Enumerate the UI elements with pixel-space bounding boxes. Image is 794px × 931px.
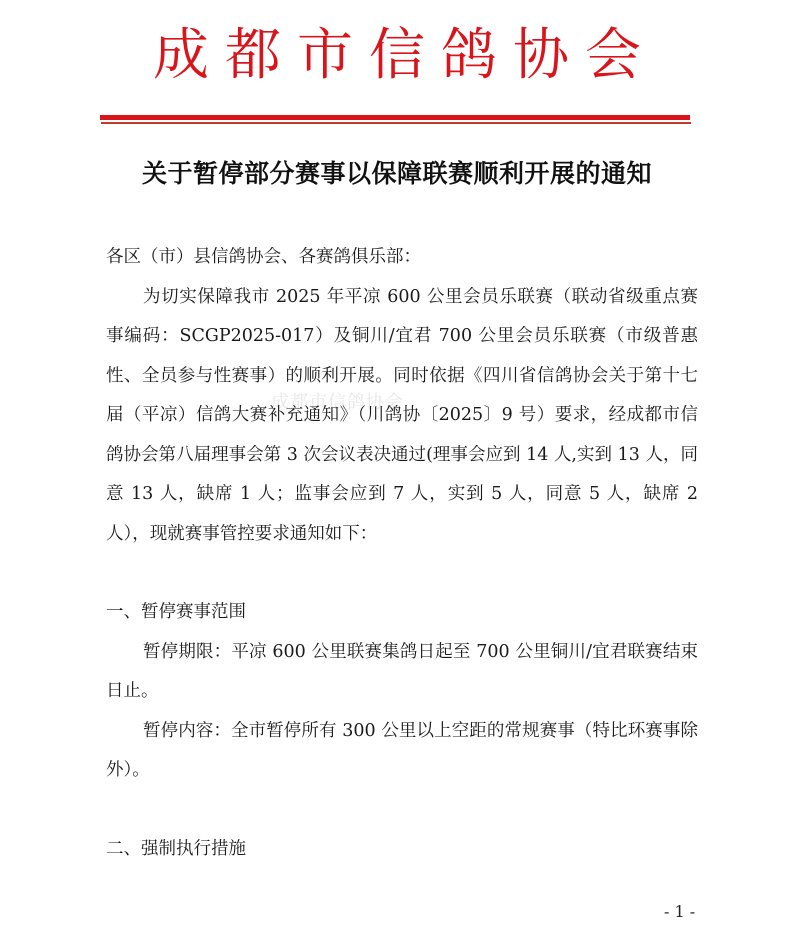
spacer <box>106 554 698 593</box>
spacer <box>106 791 698 830</box>
salutation: 各区（市）县信鸽协会、各赛鸽俱乐部： <box>106 238 698 278</box>
intro-paragraph: 为切实保障我市 2025 年平凉 600 公里会员乐联赛（联动省级重点赛事编码：… <box>106 278 698 555</box>
document-body: 各区（市）县信鸽协会、各赛鸽俱乐部： 为切实保障我市 2025 年平凉 600 … <box>106 238 698 869</box>
section-heading-2: 二、强制执行措施 <box>106 830 698 870</box>
letterhead-rule-thick <box>100 115 690 120</box>
document-title: 关于暂停部分赛事以保障联赛顺利开展的通知 <box>0 154 794 190</box>
page-number: - 1 - <box>664 902 695 921</box>
letterhead-rule-thin <box>101 122 691 124</box>
letterhead-organization: 成都市信鸽协会 <box>0 18 794 94</box>
section-heading-1: 一、暂停赛事范围 <box>106 593 698 633</box>
section-1-item-1: 暂停期限：平凉 600 公里联赛集鸽日起至 700 公里铜川/宜君联赛结束日止。 <box>106 633 698 712</box>
section-1-item-2: 暂停内容：全市暂停所有 300 公里以上空距的常规赛事（特比环赛事除外）。 <box>106 712 698 791</box>
